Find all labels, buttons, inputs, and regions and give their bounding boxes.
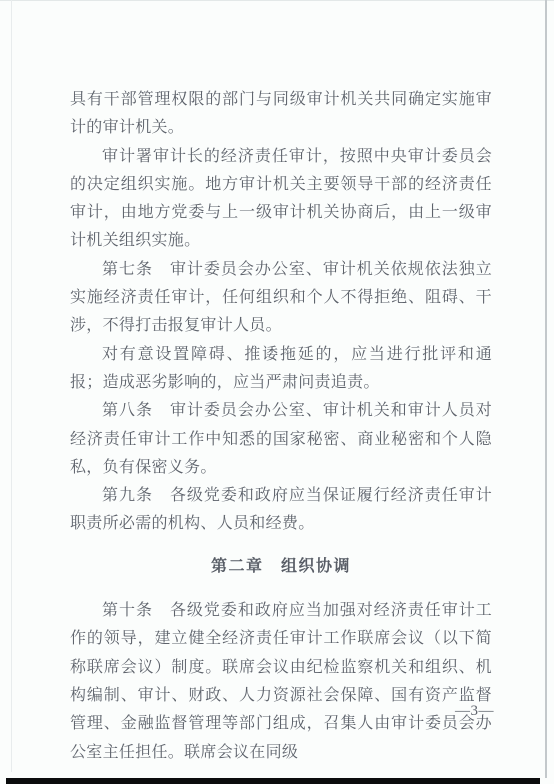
- body-paragraph: 第七条 审计委员会办公室、审计机关依规依法独立实施经济责任审计，任何组织和个人不…: [70, 256, 492, 341]
- document-body: 具有干部管理权限的部门与同级审计机关共同确定实施审计的审计机关。审计署审计长的经…: [70, 86, 492, 767]
- scan-edge-top: [0, 0, 554, 1]
- body-paragraph: 第十条 各级党委和政府应当加强对经济责任审计工作的领导，建立健全经济责任审计工作…: [70, 597, 492, 767]
- body-paragraph: 审计署审计长的经济责任审计，按照中央审计委员会的决定组织实施。地方审计机关主要领…: [70, 143, 492, 256]
- body-paragraph: 第八条 审计委员会办公室、审计机关和审计人员对经济责任审计工作中知悉的国家秘密、…: [70, 397, 492, 482]
- page-number: —3—: [455, 703, 494, 720]
- body-paragraph: 具有干部管理权限的部门与同级审计机关共同确定实施审计的审计机关。: [70, 86, 492, 143]
- scan-edge-right: [545, 0, 547, 778]
- scanner-bottom-bar: [6, 778, 540, 784]
- scan-edge-left: [11, 0, 12, 772]
- chapter-heading: 第二章 组织协调: [70, 553, 492, 581]
- body-paragraph: 第九条 各级党委和政府应当保证履行经济责任审计职责所必需的机构、人员和经费。: [70, 482, 492, 539]
- scanned-document-page: 具有干部管理权限的部门与同级审计机关共同确定实施审计的审计机关。审计署审计长的经…: [0, 0, 554, 784]
- body-paragraph: 对有意设置障碍、推诿拖延的，应当进行批评和通报；造成恶劣影响的，应当严肃问责追责…: [70, 341, 492, 398]
